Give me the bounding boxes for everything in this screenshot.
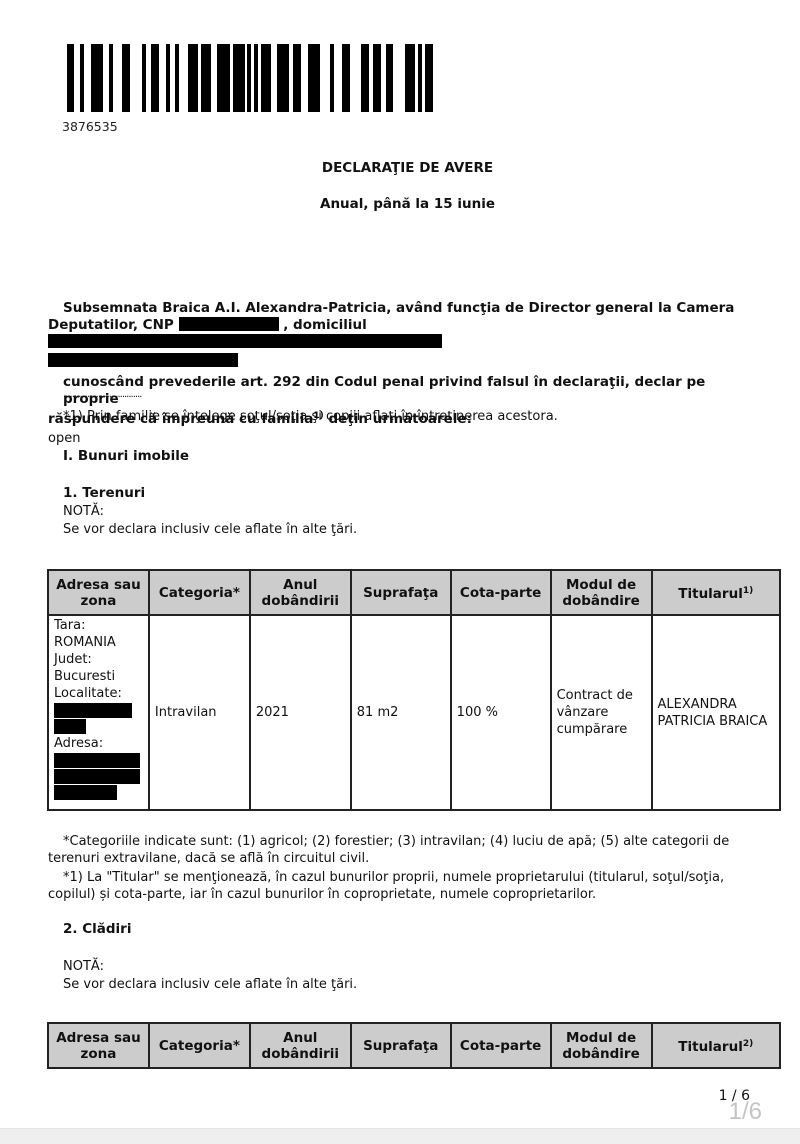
note-label-cladiri: NOTĂ:	[48, 958, 775, 975]
note-label: NOTĂ:	[48, 503, 775, 520]
redacted-domicile	[48, 334, 442, 348]
barcode-bar	[122, 44, 130, 112]
barcode-bar	[261, 44, 271, 112]
cell-anul: 2021	[250, 615, 351, 810]
barcode-bar	[80, 44, 84, 112]
table-row: Tara: ROMANIA Judet: Bucuresti Localitat…	[48, 615, 780, 810]
barcode-bar	[373, 44, 381, 112]
col-header-adresa: Adresa sau zona	[48, 570, 149, 615]
barcode-bar	[308, 44, 320, 112]
barcode-bar	[254, 44, 258, 112]
cell-modul: Contract de vânzare cumpărare	[551, 615, 652, 810]
redacted-cnp	[179, 317, 279, 331]
barcode-bar	[67, 44, 74, 112]
cell-suprafata: 81 m2	[351, 615, 451, 810]
redacted-adresa-cont-2	[54, 785, 117, 800]
barcode-bar	[142, 44, 146, 112]
redacted-adresa	[54, 753, 140, 768]
barcode-bar	[201, 44, 211, 112]
barcode-image	[67, 44, 447, 112]
intro-line-1: Subsemnata Braica A.I. Alexandra-Patrici…	[48, 300, 760, 317]
footnote-categorii: *Categoriile indicate sunt: (1) agricol;…	[48, 833, 760, 867]
barcode-bar	[277, 44, 289, 112]
page-indicator-overlay: 1/6	[729, 1098, 762, 1126]
col-header-modul: Modul de dobândire	[551, 570, 652, 615]
cell-adresa: Tara: ROMANIA Judet: Bucuresti Localitat…	[48, 615, 149, 810]
document-title: DECLARAŢIE DE AVERE	[0, 160, 800, 176]
barcode-bar	[361, 44, 369, 112]
col-header-anul: Anul dobândirii	[250, 570, 351, 615]
cell-categoria: Intravilan	[149, 615, 250, 810]
terenuri-table: Adresa sau zona Categoria* Anul dobândir…	[47, 569, 781, 811]
barcode-bar	[293, 44, 301, 112]
barcode-bar	[405, 44, 415, 112]
table-header-row: Adresa sau zona Categoria* Anul dobândir…	[48, 570, 780, 615]
redacted-domicile-cont	[48, 353, 238, 367]
col-header-categoria: Categoria*	[149, 1023, 250, 1068]
intro-line-2: Deputatilor, CNP , domiciliul	[48, 317, 760, 351]
redacted-localitate-cont	[54, 719, 86, 734]
section-heading-bunuri-imobile: I. Bunuri imobile	[48, 448, 775, 465]
col-header-anul: Anul dobândirii	[250, 1023, 351, 1068]
barcode-bar	[151, 44, 159, 112]
dotted-line: ....................................	[48, 390, 760, 400]
table-header-row: Adresa sau zona Categoria* Anul dobândir…	[48, 1023, 780, 1068]
cell-titularul: ALEXANDRA PATRICIA BRAICA	[652, 615, 781, 810]
cell-cota-parte: 100 %	[451, 615, 551, 810]
family-footnote: *1) Prin familie se înţelege soţul/soţia…	[48, 408, 775, 425]
stray-text: open	[48, 430, 760, 447]
note-text-cladiri: Se vor declara inclusiv cele aflate în a…	[48, 976, 775, 993]
col-header-cota-parte: Cota-parte	[451, 1023, 551, 1068]
document-subtitle: Anual, până la 15 iunie	[0, 196, 800, 212]
col-header-suprafata: Suprafaţa	[351, 1023, 451, 1068]
cladiri-table: Adresa sau zona Categoria* Anul dobândir…	[47, 1022, 781, 1069]
barcode-bar	[166, 44, 170, 112]
redacted-adresa-cont	[54, 769, 140, 784]
subsection-heading-cladiri: 2. Clădiri	[48, 921, 775, 938]
barcode-bar	[342, 44, 350, 112]
barcode-bar	[109, 44, 113, 112]
note-text: Se vor declara inclusiv cele aflate în a…	[48, 521, 775, 538]
barcode-bar	[330, 44, 334, 112]
barcode-bar	[91, 44, 103, 112]
viewer-scrollbar-track[interactable]	[0, 1128, 800, 1144]
col-header-titularul: Titularul1)	[652, 570, 781, 615]
col-header-categoria: Categoria*	[149, 570, 250, 615]
barcode-bar	[247, 44, 251, 112]
barcode-bar	[233, 44, 245, 112]
col-header-cota-parte: Cota-parte	[451, 570, 551, 615]
col-header-modul: Modul de dobândire	[551, 1023, 652, 1068]
col-header-suprafata: Suprafaţa	[351, 570, 451, 615]
barcode-bar	[425, 44, 433, 112]
barcode-bar	[418, 44, 422, 112]
subsection-heading-terenuri: 1. Terenuri	[48, 485, 775, 502]
footnote-titular: *1) La "Titular" se menţionează, în cazu…	[48, 869, 760, 903]
col-header-titularul: Titularul2)	[652, 1023, 781, 1068]
barcode-bar	[188, 44, 198, 112]
barcode-bar	[175, 44, 179, 112]
col-header-adresa: Adresa sau zona	[48, 1023, 149, 1068]
barcode-bar	[217, 44, 230, 112]
document-page: 3876535 DECLARAŢIE DE AVERE Anual, până …	[0, 0, 800, 1128]
redacted-localitate	[54, 703, 132, 718]
barcode-bar	[386, 44, 393, 112]
barcode-number: 3876535	[62, 119, 118, 134]
